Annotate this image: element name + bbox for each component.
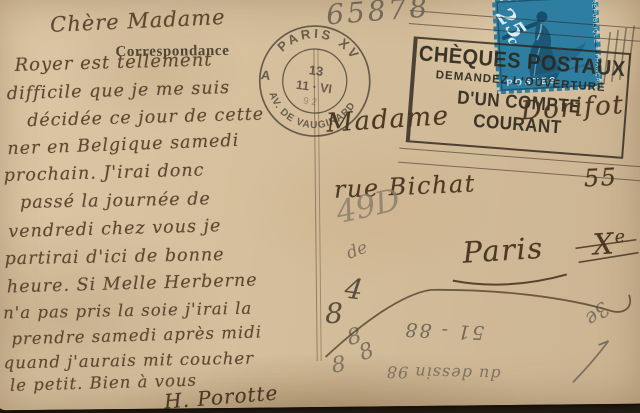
- postmark-date: 11 · VI: [295, 78, 333, 97]
- message-line: passé la journée de: [20, 189, 211, 213]
- pencil-mark-de: de: [344, 238, 371, 264]
- city-name: Paris: [462, 231, 545, 270]
- message-line: vendredi chez vous je: [8, 216, 222, 242]
- pencil-mark-51-88: 51 - 88: [403, 318, 485, 343]
- ink-mark-4: 4: [343, 272, 365, 307]
- postmark-year: 9 2: [302, 96, 318, 109]
- message-line: Royer est tellement: [14, 49, 212, 76]
- postmark-index-letter: A: [260, 67, 272, 83]
- message-line: quand j'aurais mit coucher: [4, 349, 255, 373]
- postcard-back: Correspondance Chère Madame Royer est te…: [0, 0, 640, 410]
- message-line: prochain. J'irai donc: [3, 160, 204, 186]
- paris-underline-flourish: [453, 274, 567, 285]
- pencil-mark-3e: 3e: [580, 297, 614, 331]
- message-line: n'a pas pris la soie j'irai la: [3, 299, 252, 323]
- message-line: ner en Belgique samedi: [7, 131, 239, 159]
- address-city: Paris Xe: [462, 226, 628, 270]
- pencil-mark-8: 8: [356, 338, 378, 366]
- street-number: 55: [583, 163, 618, 192]
- postmark-hour: 13: [308, 62, 324, 79]
- message-line: décidée ce jour de cette: [27, 105, 264, 132]
- message-line: difficile que je me suis: [7, 78, 231, 104]
- message-line: heure. Si Melle Herberne: [7, 270, 258, 297]
- city-district: X: [592, 226, 616, 261]
- ink-mark-8: 8: [325, 297, 343, 330]
- pencil-mark-8: 8: [330, 352, 348, 379]
- message-line: Chère Madame: [50, 5, 226, 37]
- message-line: prendre samedi après midi: [11, 322, 262, 348]
- pencil-check-stroke: [572, 341, 608, 382]
- message-line: partirai d'ici de bonne: [4, 245, 224, 269]
- pencil-mark-du-dessin: du dessin 98: [386, 362, 501, 384]
- city-district-suffix: e: [614, 227, 627, 248]
